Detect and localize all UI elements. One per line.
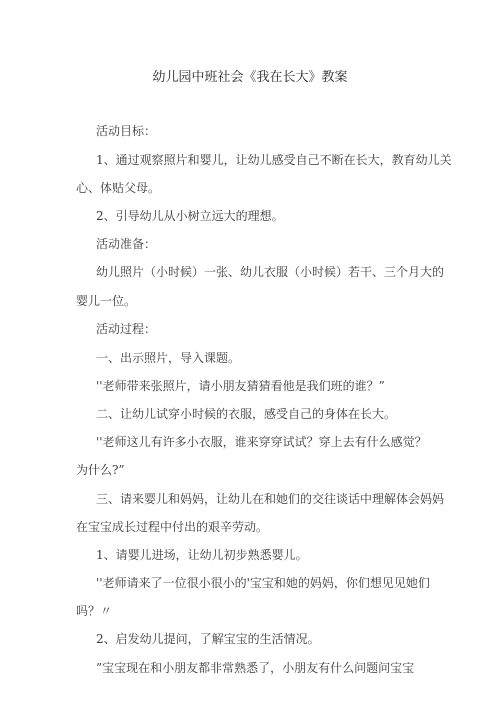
paragraph: 幼儿照片（小时候）一张、幼儿衣服（小时候）若干、三个月大的 [96, 263, 444, 280]
page-title: 幼儿园中班社会《我在长大》教案 [0, 66, 500, 85]
paragraph: 2、启发幼儿提问，了解宝宝的生活情况。 [96, 630, 320, 647]
paragraph: ''老师请来了一位很小很小的'宝宝和她的妈妈，你们想见见她们 [96, 574, 430, 591]
paragraph: 1、请婴儿进场，让幼儿初步熟悉婴儿。 [96, 546, 308, 563]
paragraph: 心、体贴父母。 [76, 179, 160, 196]
paragraph: 2、引导幼儿从小树立远大的理想。 [96, 207, 284, 224]
paragraph: 一、出示照片，导入课题。 [96, 349, 240, 366]
paragraph: 为什么?” [76, 461, 125, 478]
heading-goals: 活动目标： [96, 122, 156, 139]
paragraph: 三、请来婴儿和妈妈，让幼儿在和她们的交往谈话中理解体会妈妈 [96, 490, 444, 507]
paragraph: 婴儿一位。 [76, 292, 136, 309]
heading-process: 活动过程： [96, 320, 156, 337]
paragraph: ”宝宝现在和小朋友都非常熟悉了，小朋友有什么问题问宝宝 [96, 659, 414, 676]
paragraph: 在宝宝成长过程中付出的艰辛劳动。 [76, 518, 268, 535]
paragraph: 1、通过观察照片和婴儿，让幼儿感受自己不断在长大，教育幼儿关 [96, 151, 452, 168]
paragraph: ''老师这儿有许多小衣服，谁来穿穿试试？穿上去有什么感觉？ [96, 433, 427, 450]
paragraph: ''老师带来张照片，请小朋友猜猜看他是我们班的谁？” [96, 377, 385, 394]
paragraph: 吗？〃 [76, 602, 112, 619]
heading-preparation: 活动准备： [96, 235, 156, 252]
paragraph: 二、让幼儿试穿小时候的衣服，感受自己的身体在长大。 [96, 405, 396, 422]
